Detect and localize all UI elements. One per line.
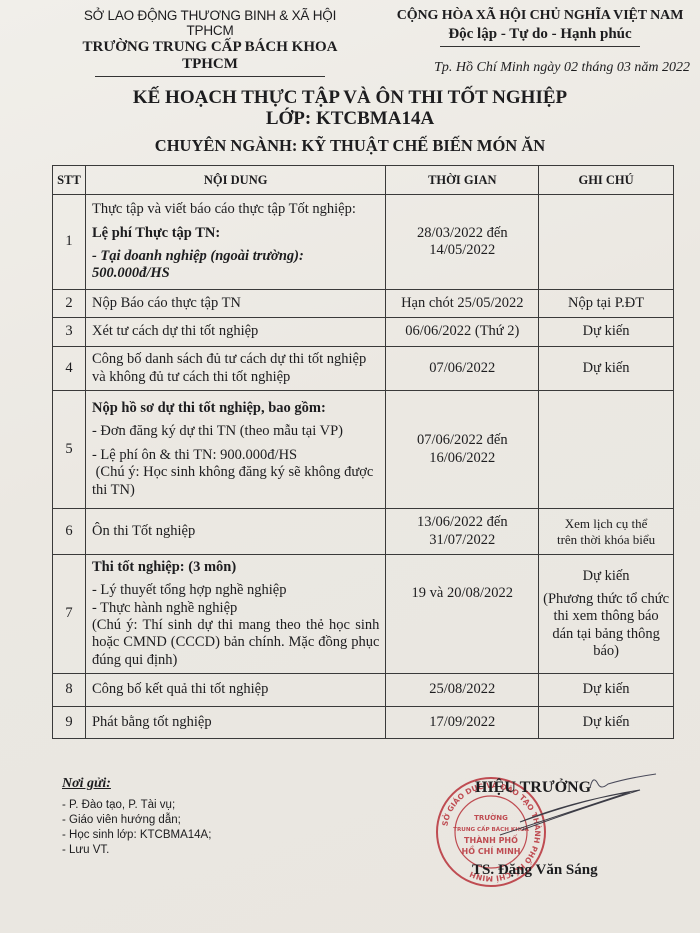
column-header-stt: STT — [53, 166, 86, 195]
row-time: 07/06/2022 — [386, 347, 539, 391]
table-row: 7 Thi tốt nghiệp: (3 môn) - Lý thuyết tổ… — [53, 555, 674, 674]
row-content: Công bố danh sách đủ tư cách dự thi tốt … — [85, 347, 385, 391]
row-number: 5 — [53, 391, 86, 509]
row-number: 1 — [53, 195, 86, 290]
signatory-name: TS. Đặng Văn Sáng — [472, 862, 598, 879]
row-note: Dự kiến — [539, 707, 674, 739]
schedule-table: STT NỘI DUNG THỜI GIAN GHI CHÚ 1 Thực tậ… — [52, 165, 674, 739]
row-content: Nộp Báo cáo thực tập TN — [85, 290, 385, 318]
table-row: 3 Xét tư cách dự thi tốt nghiệp 06/06/20… — [53, 318, 674, 347]
row-content: Xét tư cách dự thi tốt nghiệp — [85, 318, 385, 347]
table-row: 6 Ôn thi Tốt nghiệp 13/06/2022 đến 31/07… — [53, 509, 674, 555]
national-header-block: CỘNG HÒA XÃ HỘI CHỦ NGHĨA VIỆT NAM Độc l… — [390, 8, 690, 47]
recipient-item: - Lưu VT. — [62, 843, 211, 858]
column-header-content: NỘI DUNG — [85, 166, 385, 195]
row-note: Dự kiến (Phương thức tổ chức thi xem thô… — [539, 555, 674, 674]
row-note: Nộp tại P.ĐT — [539, 290, 674, 318]
nation-name: CỘNG HÒA XÃ HỘI CHỦ NGHĨA VIỆT NAM — [390, 8, 690, 24]
row-time: 07/06/2022 đến 16/06/2022 — [386, 391, 539, 509]
row-time: Hạn chót 25/05/2022 — [386, 290, 539, 318]
row-number: 4 — [53, 347, 86, 391]
column-header-note: GHI CHÚ — [539, 166, 674, 195]
row-note: Xem lịch cụ thể trên thời khóa biểu — [539, 509, 674, 555]
recipients-block: Nơi gửi: - P. Đào tạo, P. Tài vụ; - Giáo… — [62, 775, 211, 858]
document-date: Tp. Hồ Chí Minh ngày 02 tháng 03 năm 202… — [400, 60, 690, 76]
document-title: KẾ HOẠCH THỰC TẬP VÀ ÔN THI TỐT NGHIỆP — [0, 87, 700, 109]
row-time: 06/06/2022 (Thứ 2) — [386, 318, 539, 347]
recipient-item: - Học sinh lớp: KTCBMA14A; — [62, 828, 211, 843]
table-row: 4 Công bố danh sách đủ tư cách dự thi tố… — [53, 347, 674, 391]
row-number: 8 — [53, 674, 86, 707]
row-time: 17/09/2022 — [386, 707, 539, 739]
row-number: 6 — [53, 509, 86, 555]
signatory-title: HIỆU TRƯỞNG — [475, 779, 591, 797]
row-content: Thi tốt nghiệp: (3 môn) - Lý thuyết tổng… — [85, 555, 385, 674]
column-header-time: THỜI GIAN — [386, 166, 539, 195]
row-note: Dự kiến — [539, 318, 674, 347]
row-number: 3 — [53, 318, 86, 347]
row-content: Nộp hồ sơ dự thi tốt nghiệp, bao gồm: - … — [85, 391, 385, 509]
row-note: Dự kiến — [539, 674, 674, 707]
agency-name: SỞ LAO ĐỘNG THƯƠNG BINH & XÃ HỘI TPHCM — [60, 8, 360, 38]
divider — [440, 46, 640, 47]
table-row: 1 Thực tập và viết báo cáo thực tập Tốt … — [53, 195, 674, 290]
row-time: 19 và 20/08/2022 — [386, 555, 539, 674]
row-note: Dự kiến — [539, 347, 674, 391]
row-number: 2 — [53, 290, 86, 318]
table-header-row: STT NỘI DUNG THỜI GIAN GHI CHÚ — [53, 166, 674, 195]
school-name: TRƯỜNG TRUNG CẤP BÁCH KHOA TPHCM — [60, 39, 360, 73]
table-row: 2 Nộp Báo cáo thực tập TN Hạn chót 25/05… — [53, 290, 674, 318]
recipients-label: Nơi gửi: — [62, 775, 211, 793]
recipient-item: - Giáo viên hướng dẫn; — [62, 813, 211, 828]
table-row: 9 Phát bằng tốt nghiệp 17/09/2022 Dự kiế… — [53, 707, 674, 739]
table-row: 5 Nộp hồ sơ dự thi tốt nghiệp, bao gồm: … — [53, 391, 674, 509]
row-number: 7 — [53, 555, 86, 674]
issuing-agency-block: SỞ LAO ĐỘNG THƯƠNG BINH & XÃ HỘI TPHCM T… — [60, 8, 360, 77]
signature-icon — [490, 760, 690, 860]
recipient-item: - P. Đào tạo, P. Tài vụ; — [62, 798, 211, 813]
row-content: Phát bằng tốt nghiệp — [85, 707, 385, 739]
row-content: Công bố kết quả thi tốt nghiệp — [85, 674, 385, 707]
row-time: 28/03/2022 đến 14/05/2022 — [386, 195, 539, 290]
national-motto: Độc lập - Tự do - Hạnh phúc — [390, 26, 690, 43]
major-name: CHUYÊN NGÀNH: KỸ THUẬT CHẾ BIẾN MÓN ĂN — [0, 136, 700, 156]
row-content: Ôn thi Tốt nghiệp — [85, 509, 385, 555]
divider — [95, 76, 325, 77]
row-number: 9 — [53, 707, 86, 739]
row-content: Thực tập và viết báo cáo thực tập Tốt ng… — [85, 195, 385, 290]
table-row: 8 Công bố kết quả thi tốt nghiệp 25/08/2… — [53, 674, 674, 707]
class-name: LỚP: KTCBMA14A — [0, 108, 700, 130]
row-note — [539, 391, 674, 509]
row-note — [539, 195, 674, 290]
row-time: 25/08/2022 — [386, 674, 539, 707]
row-time: 13/06/2022 đến 31/07/2022 — [386, 509, 539, 555]
